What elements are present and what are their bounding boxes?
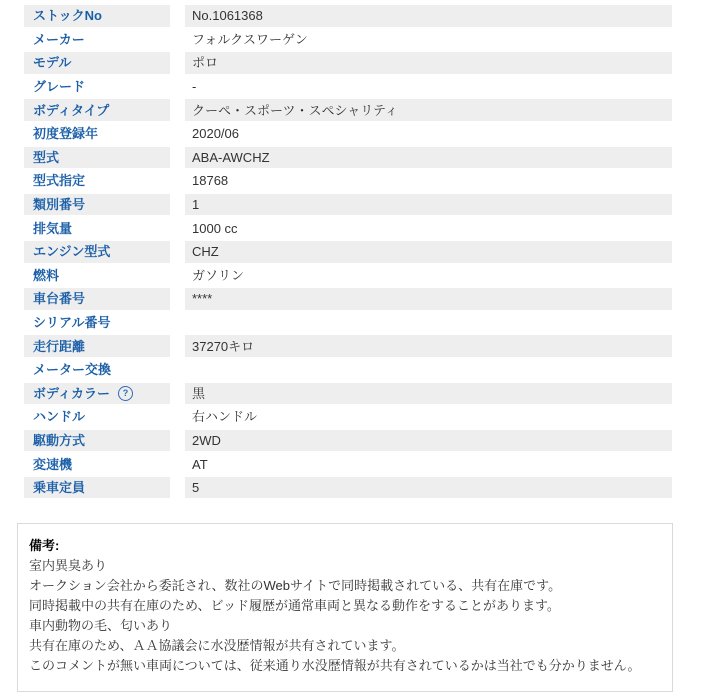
spec-row: ボディカラー?黒 <box>24 383 672 405</box>
spec-label-text: グレード <box>33 80 85 93</box>
remarks-line: オークション会社から委託され、数社のWebサイトで同時掲載されている、共有在庫で… <box>29 576 662 596</box>
spec-value: 1 <box>185 194 672 216</box>
spec-value: ガソリン <box>185 265 672 287</box>
spec-label-text: 型式 <box>33 151 59 164</box>
remarks-line: このコメントが無い車両については、従来通り水没歴情報が共有されているかは当社でも… <box>29 656 662 676</box>
spec-label-text: シリアル番号 <box>33 316 110 329</box>
spec-row: エンジン型式CHZ <box>24 241 672 263</box>
remarks-box: 備考: 室内異臭ありオークション会社から委託され、数社のWebサイトで同時掲載さ… <box>17 523 673 692</box>
spec-label-text: 駆動方式 <box>33 434 85 447</box>
spec-row: 排気量1000 cc <box>24 217 672 239</box>
spec-value: 37270キロ <box>185 335 672 357</box>
remarks-title: 備考: <box>29 536 662 556</box>
spec-label-text: 変速機 <box>33 458 72 471</box>
spec-label-text: モデル <box>33 56 71 69</box>
spec-label-text: ストックNo <box>33 9 102 22</box>
spec-row: 型式ABA-AWCHZ <box>24 147 672 169</box>
spec-value: 5 <box>185 477 672 499</box>
spec-label-text: 乗車定員 <box>33 481 85 494</box>
spec-label-text: 排気量 <box>33 222 72 235</box>
spec-value: 2020/06 <box>185 123 672 145</box>
spec-row: 型式指定18768 <box>24 170 672 192</box>
spec-row: 駆動方式2WD <box>24 430 672 452</box>
remarks-lines: 室内異臭ありオークション会社から委託され、数社のWebサイトで同時掲載されている… <box>29 556 662 676</box>
spec-label: メーター交換 <box>24 359 170 381</box>
spec-value: 1000 cc <box>185 217 672 239</box>
spec-label-text: 類別番号 <box>33 198 85 211</box>
spec-label-text: ボディカラー <box>33 387 110 400</box>
spec-label: 駆動方式 <box>24 430 170 452</box>
spec-value: 2WD <box>185 430 672 452</box>
help-icon[interactable]: ? <box>118 386 133 401</box>
spec-label-text: 初度登録年 <box>33 127 98 140</box>
spec-row: メーター交換 <box>24 359 672 381</box>
spec-label: 変速機 <box>24 453 170 475</box>
spec-label: ボディタイプ <box>24 99 170 121</box>
spec-value: 右ハンドル <box>185 406 672 428</box>
spec-value: AT <box>185 453 672 475</box>
spec-label: エンジン型式 <box>24 241 170 263</box>
spec-row: シリアル番号 <box>24 312 672 334</box>
spec-row: 走行距離37270キロ <box>24 335 672 357</box>
spec-value <box>185 312 672 334</box>
spec-row: ストックNoNo.1061368 <box>24 5 672 27</box>
remarks-line: 室内異臭あり <box>29 556 662 576</box>
spec-label-text: メーカー <box>33 33 85 46</box>
spec-value: - <box>185 76 672 98</box>
spec-label: 型式 <box>24 147 170 169</box>
spec-value <box>185 359 672 381</box>
spec-label-text: 型式指定 <box>33 174 85 187</box>
spec-value: 18768 <box>185 170 672 192</box>
spec-label-text: 車台番号 <box>33 292 85 305</box>
spec-label-text: ハンドル <box>33 410 85 423</box>
spec-value: **** <box>185 288 672 310</box>
spec-row: メーカーフォルクスワーゲン <box>24 29 672 51</box>
spec-value: ポロ <box>185 52 672 74</box>
spec-label: 車台番号 <box>24 288 170 310</box>
spec-row: モデルポロ <box>24 52 672 74</box>
spec-row: 初度登録年2020/06 <box>24 123 672 145</box>
spec-label: 類別番号 <box>24 194 170 216</box>
spec-row: 類別番号1 <box>24 194 672 216</box>
spec-label: モデル <box>24 52 170 74</box>
spec-label: シリアル番号 <box>24 312 170 334</box>
spec-label: グレード <box>24 76 170 98</box>
spec-value: 黒 <box>185 383 672 405</box>
remarks-line: 車内動物の毛、匂いあり <box>29 616 662 636</box>
spec-value: ABA-AWCHZ <box>185 147 672 169</box>
spec-label: 乗車定員 <box>24 477 170 499</box>
spec-label: 走行距離 <box>24 335 170 357</box>
spec-label: 型式指定 <box>24 170 170 192</box>
spec-row: 車台番号**** <box>24 288 672 310</box>
spec-row: グレード- <box>24 76 672 98</box>
spec-label: メーカー <box>24 29 170 51</box>
spec-value: クーペ・スポーツ・スペシャリティ <box>185 99 672 121</box>
spec-label-text: メーター交換 <box>33 363 111 376</box>
spec-label-text: 走行距離 <box>33 340 85 353</box>
spec-label-text: 燃料 <box>33 269 59 282</box>
spec-row: ハンドル右ハンドル <box>24 406 672 428</box>
spec-label: ボディカラー? <box>24 383 170 405</box>
spec-label: 燃料 <box>24 265 170 287</box>
spec-row: 乗車定員5 <box>24 477 672 499</box>
vehicle-detail-page: ストックNoNo.1061368メーカーフォルクスワーゲンモデルポログレード-ボ… <box>0 0 703 696</box>
remarks-line: 共有在庫のため、ＡＡ協議会に水没歴情報が共有されています。 <box>29 636 662 656</box>
spec-value: CHZ <box>185 241 672 263</box>
spec-label-text: エンジン型式 <box>33 245 110 258</box>
spec-label: ストックNo <box>24 5 170 27</box>
spec-row: 変速機AT <box>24 453 672 475</box>
remarks-line: 同時掲載中の共有在庫のため、ビッド履歴が通常車両と異なる動作をすることがあります… <box>29 596 662 616</box>
spec-row: 燃料ガソリン <box>24 265 672 287</box>
spec-row: ボディタイプクーペ・スポーツ・スペシャリティ <box>24 99 672 121</box>
spec-label: 初度登録年 <box>24 123 170 145</box>
spec-label: 排気量 <box>24 217 170 239</box>
spec-label-text: ボディタイプ <box>33 104 109 117</box>
vehicle-spec-table: ストックNoNo.1061368メーカーフォルクスワーゲンモデルポログレード-ボ… <box>24 5 672 498</box>
spec-label: ハンドル <box>24 406 170 428</box>
spec-value: No.1061368 <box>185 5 672 27</box>
spec-value: フォルクスワーゲン <box>185 29 672 51</box>
